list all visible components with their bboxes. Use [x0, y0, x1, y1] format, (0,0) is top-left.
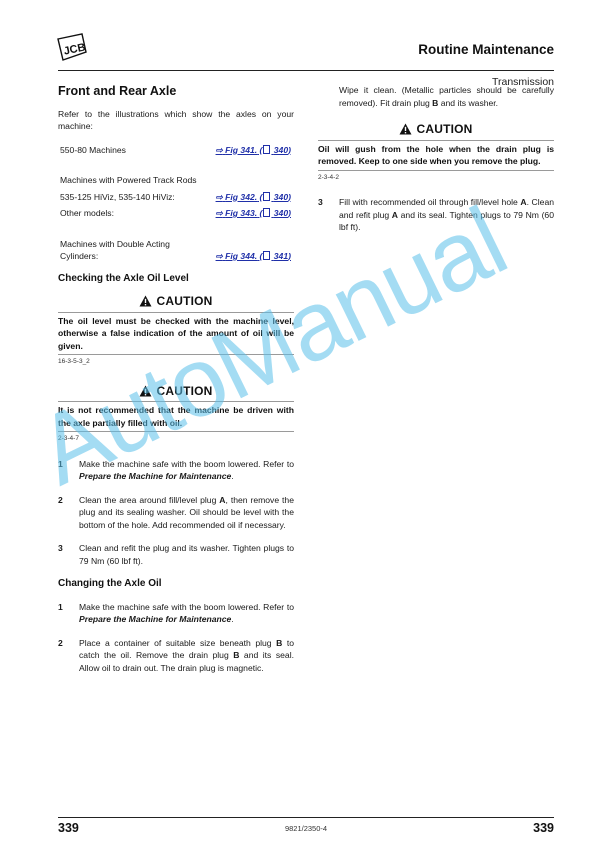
document-number: 9821/2350-4: [0, 824, 612, 833]
page-icon: [263, 145, 270, 154]
warning-triangle-icon: [399, 123, 412, 135]
caution-code: 16-3-5-3_2: [58, 356, 294, 369]
jcb-logo: JCB: [56, 33, 88, 61]
header-rule: [58, 70, 554, 71]
heading-changing-oil: Changing the Axle Oil: [58, 578, 294, 591]
page-icon: [263, 251, 270, 260]
reference-row: 550-80 Machines ⇨ Fig 341. ( 340): [60, 144, 294, 157]
step-continuation: Wipe it clean. (Metallic particles shoul…: [318, 84, 554, 109]
page-icon: [263, 208, 270, 217]
reference-row: 535-125 HiViz, 535-140 HiViz: ⇨ Fig 342.…: [60, 191, 294, 204]
heading-checking-oil-level: Checking the Axle Oil Level: [58, 273, 294, 286]
step-item: 2 Place a container of suitable size ben…: [58, 637, 294, 675]
warning-triangle-icon: [139, 385, 152, 397]
caution-text: The oil level must be checked with the m…: [58, 312, 294, 356]
step-item: 2 Clean the area around fill/level plug …: [58, 494, 294, 532]
left-column: Front and Rear Axle Refer to the illustr…: [58, 84, 294, 685]
caution-code: 2-3-4-2: [318, 172, 554, 185]
right-column: Wipe it clean. (Metallic particles shoul…: [318, 84, 554, 245]
changing-steps: 1 Make the machine safe with the boom lo…: [58, 601, 294, 675]
arrow-right-icon: ⇨: [216, 192, 223, 202]
caution-box: CAUTION Oil will gush from the hole when…: [318, 123, 554, 184]
step-item: 1 Make the machine safe with the boom lo…: [58, 601, 294, 626]
arrow-right-icon: ⇨: [216, 251, 223, 261]
heading-front-rear-axle: Front and Rear Axle: [58, 84, 294, 98]
reference-row: Machines with Powered Track Rods: [60, 174, 294, 187]
caution-box: CAUTION The oil level must be checked wi…: [58, 295, 294, 369]
step-item: 3 Clean and refit the plug and its washe…: [58, 542, 294, 567]
warning-triangle-icon: [139, 295, 152, 307]
arrow-right-icon: ⇨: [216, 208, 223, 218]
reference-row: Machines with Double Acting Cylinders: ⇨…: [60, 238, 294, 263]
fig-342-link[interactable]: ⇨ Fig 342. ( 340): [216, 191, 291, 204]
fig-344-link[interactable]: ⇨ Fig 344. ( 341): [216, 250, 291, 263]
prepare-machine-link[interactable]: Prepare the Machine for Maintenance: [79, 471, 231, 481]
page-icon: [263, 192, 270, 201]
caution-box: CAUTION It is not recommended that the m…: [58, 385, 294, 446]
page-number-right: 339: [533, 821, 554, 835]
step-item: 1 Make the machine safe with the boom lo…: [58, 458, 294, 483]
checking-steps: 1 Make the machine safe with the boom lo…: [58, 458, 294, 568]
caution-text: Oil will gush from the hole when the dra…: [318, 140, 554, 171]
figure-references: 550-80 Machines ⇨ Fig 341. ( 340) Machin…: [60, 144, 294, 263]
caution-code: 2-3-4-7: [58, 433, 294, 446]
reference-row: Other models: ⇨ Fig 343. ( 340): [60, 207, 294, 220]
fig-343-link[interactable]: ⇨ Fig 343. ( 340): [216, 207, 291, 220]
step-item: 3 Fill with recommended oil through fill…: [318, 196, 554, 234]
prepare-machine-link[interactable]: Prepare the Machine for Maintenance: [79, 614, 231, 624]
intro-text: Refer to the illustrations which show th…: [58, 108, 294, 133]
caution-text: It is not recommended that the machine b…: [58, 401, 294, 432]
changing-steps-continued: 3 Fill with recommended oil through fill…: [318, 196, 554, 234]
footer-rule: [58, 817, 554, 818]
fig-341-link[interactable]: ⇨ Fig 341. ( 340): [216, 144, 291, 157]
arrow-right-icon: ⇨: [216, 145, 223, 155]
section-title: Routine Maintenance: [418, 42, 554, 57]
